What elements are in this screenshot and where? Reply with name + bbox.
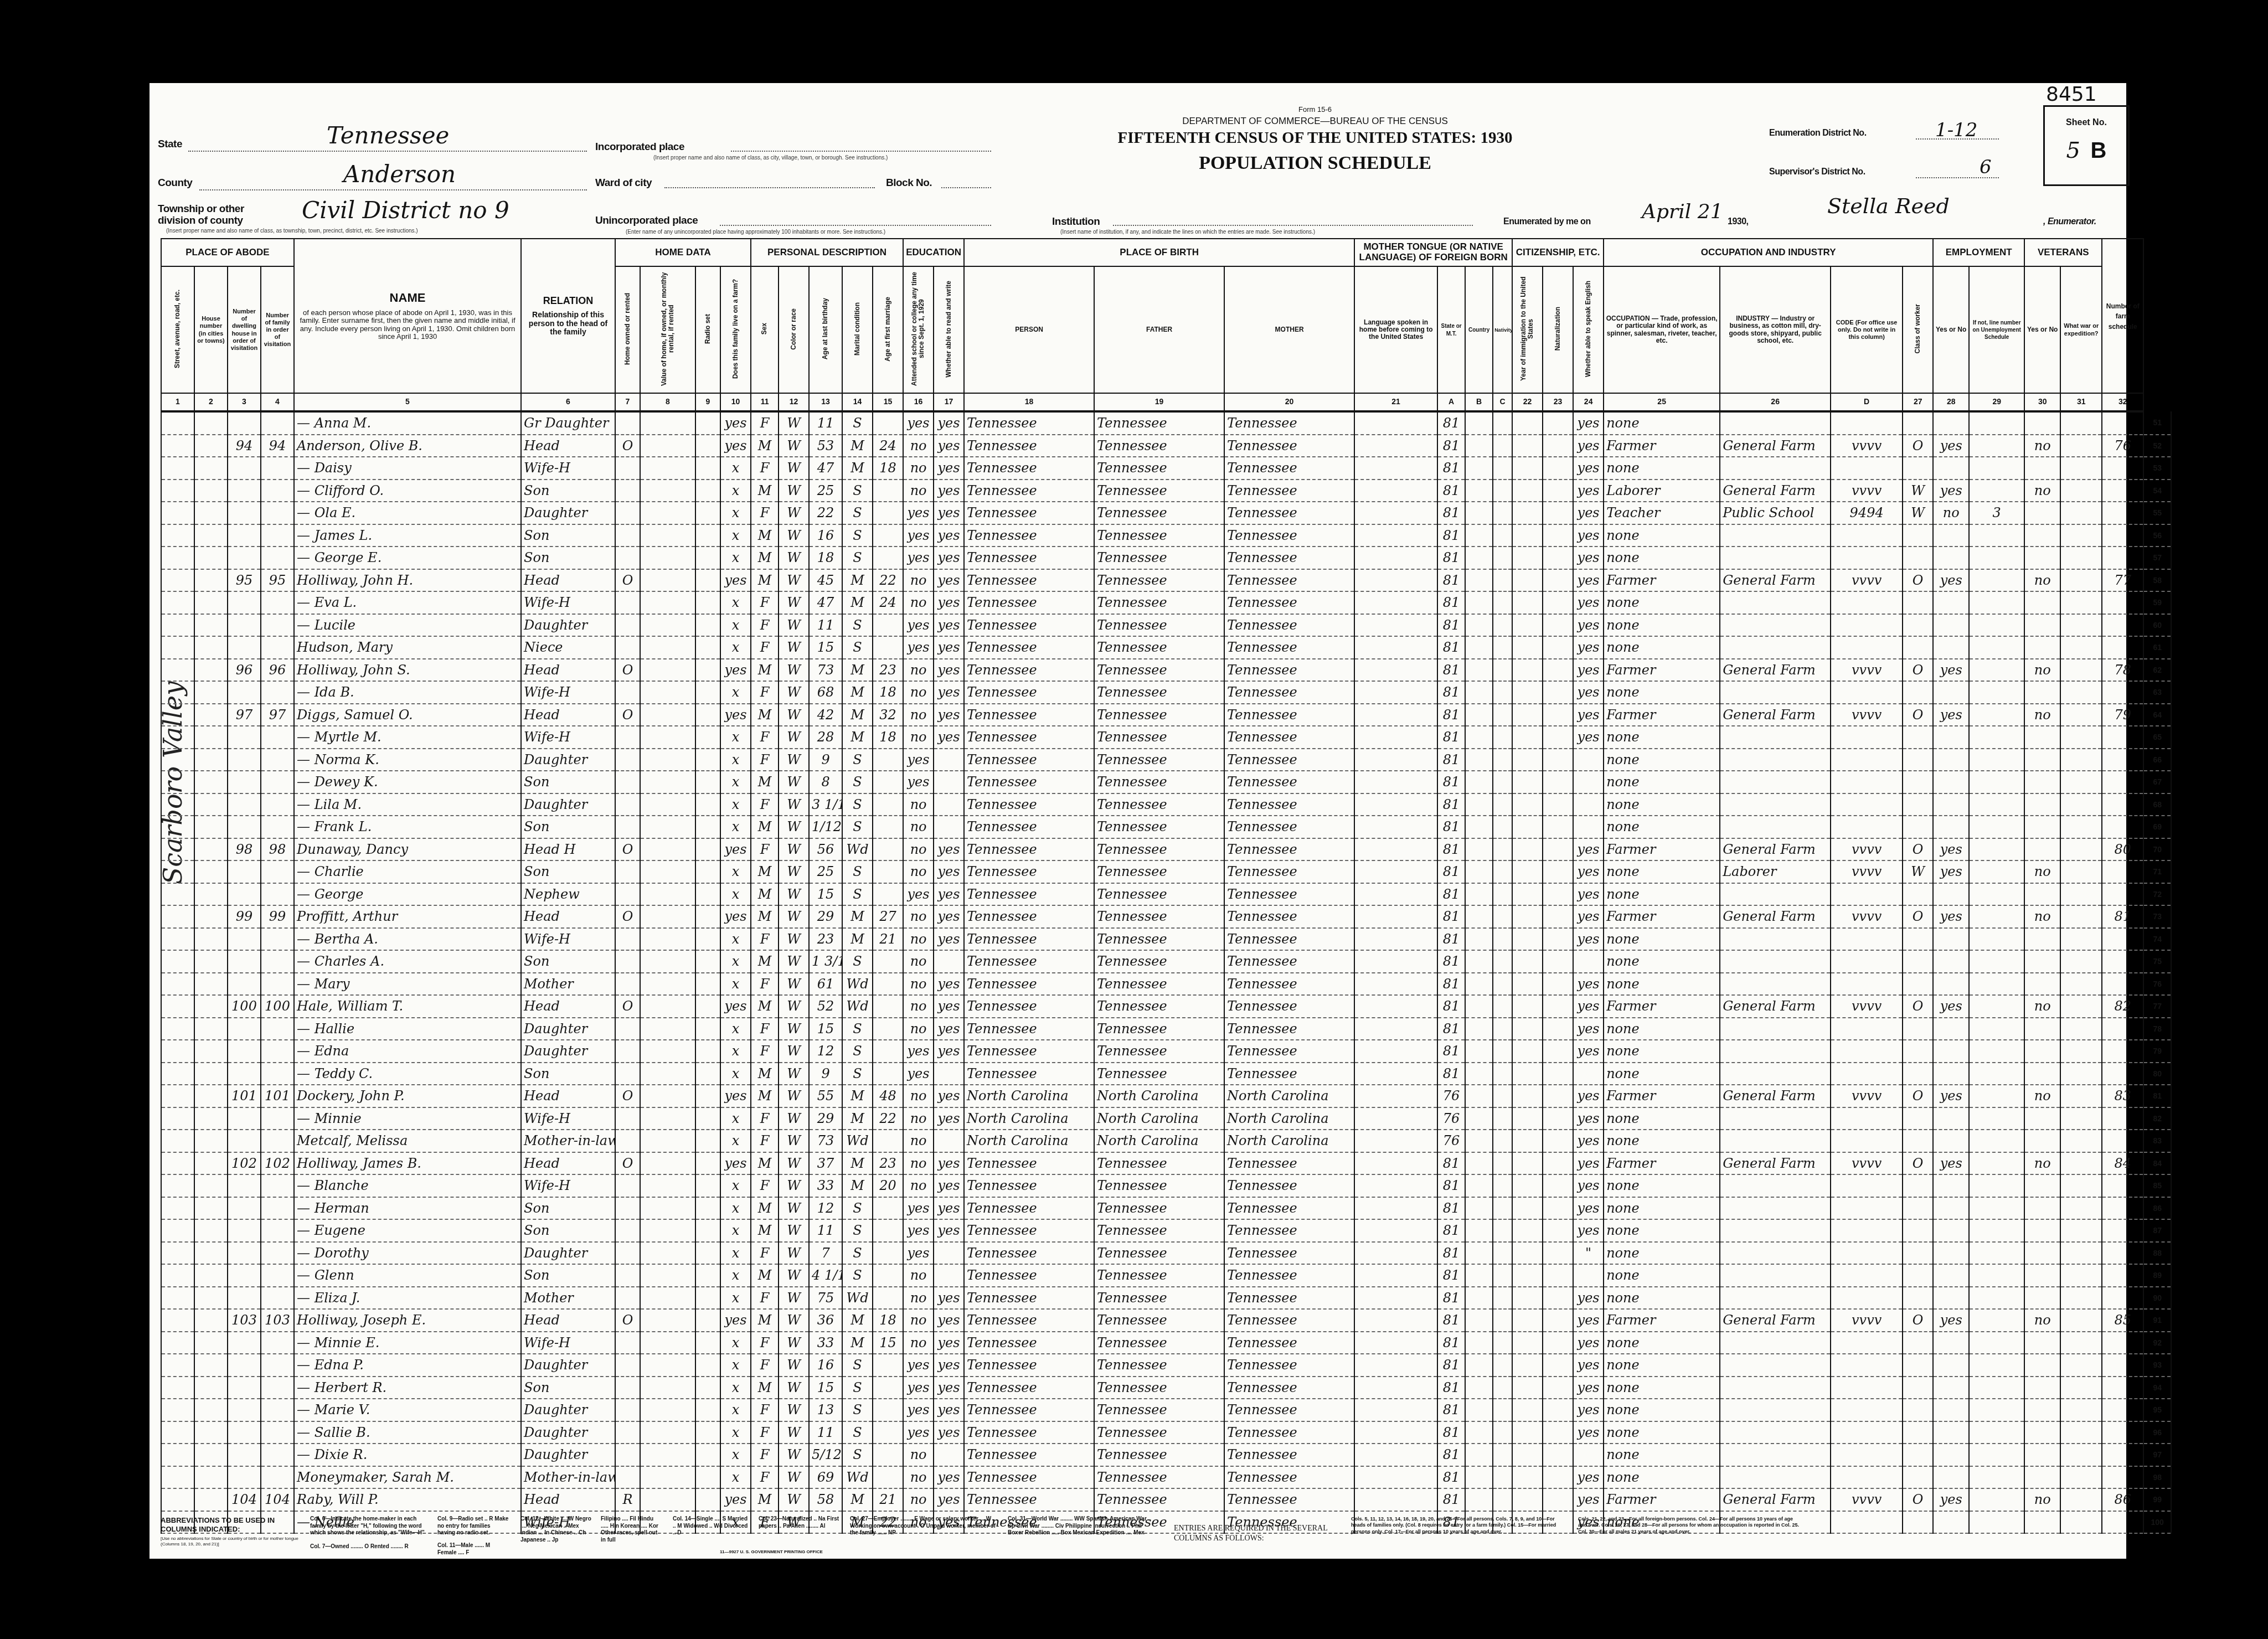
- cell-street: [161, 547, 194, 569]
- cell-relation: Daughter: [521, 1421, 615, 1444]
- cell-relation: Daughter: [521, 1018, 615, 1040]
- cell-street: [161, 1466, 194, 1489]
- table-row: 102102Holliway, James B.HeadOyesMW37M23n…: [161, 1152, 2171, 1175]
- cell-dwelling: [228, 1018, 261, 1040]
- cell-age: 12: [809, 1040, 842, 1063]
- cell-school: no: [903, 1174, 934, 1197]
- cell-house: [194, 569, 228, 592]
- cell-occupation: none: [1604, 614, 1720, 637]
- cell-naturalization: [1543, 636, 1573, 659]
- institution-line: [1113, 225, 1473, 226]
- incorporated-note: (Insert proper name and also name of cla…: [653, 155, 997, 161]
- cell-war: [2060, 1174, 2102, 1197]
- section-mother-tongue: MOTHER TONGUE (OR NATIVE LANGUAGE) OF FO…: [1354, 239, 1512, 266]
- cell-language: [1354, 411, 1437, 435]
- cell-pob-father: Tennessee: [1094, 1332, 1224, 1354]
- cell-family: [261, 1444, 294, 1466]
- cell-code-b: [1465, 1174, 1493, 1197]
- cell-class-worker: O: [1903, 435, 1933, 457]
- cell-radio: [695, 905, 720, 928]
- print-code: 11—9927 U. S. GOVERNMENT PRINTING OFFICE: [720, 1549, 941, 1555]
- cell-house: [194, 1018, 228, 1040]
- cell-code-c: [1493, 411, 1512, 435]
- cell-code-c: [1493, 1399, 1512, 1421]
- cell-farm-schedule: [2102, 1287, 2143, 1310]
- cell-owned: [615, 1242, 640, 1265]
- cell-race: W: [779, 411, 809, 435]
- cell-pob-mother: Tennessee: [1224, 524, 1354, 547]
- cell-unemployment: 3: [1969, 502, 2024, 524]
- cell-school: yes: [903, 1197, 934, 1220]
- cell-at-work: [1933, 1332, 1969, 1354]
- cell-veteran: [2024, 749, 2060, 771]
- cell-war: [2060, 726, 2102, 749]
- cell-read-write: yes: [934, 569, 964, 592]
- cell-age: 33: [809, 1174, 842, 1197]
- cell-value: [640, 838, 695, 861]
- cell-name: Holliway, John S.: [294, 659, 521, 682]
- cell-at-work: [1933, 1377, 1969, 1399]
- cell-at-work: [1933, 411, 1969, 435]
- cell-relation: Son: [521, 1219, 615, 1242]
- cell-immigration: [1512, 1488, 1543, 1511]
- table-row: — DaisyWife-HxFW47M18noyesTennesseeTenne…: [161, 457, 2171, 480]
- abbrev-col7: Col. 7—Owned ........ O Rented ........ …: [310, 1544, 426, 1551]
- cell-dwelling: [228, 1444, 261, 1466]
- cell-name: — Herman: [294, 1197, 521, 1220]
- cell-class-worker: [1903, 1466, 1933, 1489]
- header-school: Attended school or college any time sinc…: [903, 266, 934, 393]
- line-number: 64: [2143, 704, 2171, 726]
- cell-house: [194, 1242, 228, 1265]
- cell-veteran: [2024, 1063, 2060, 1085]
- cell-age-marriage: [873, 838, 903, 861]
- cell-street: [161, 793, 194, 816]
- cell-name: — Dewey K.: [294, 771, 521, 793]
- table-row: 101101Dockery, John P.HeadOyesMW55M48noy…: [161, 1085, 2171, 1107]
- cell-marital: M: [842, 591, 873, 614]
- cell-naturalization: [1543, 1130, 1573, 1152]
- cell-occupation: Teacher: [1604, 502, 1720, 524]
- cell-age-marriage: [873, 411, 903, 435]
- column-number: 21: [1354, 393, 1437, 411]
- line-number: 77: [2143, 995, 2171, 1018]
- cell-age-marriage: [873, 1354, 903, 1377]
- cell-owned: [615, 1063, 640, 1085]
- cell-owned: [615, 591, 640, 614]
- cell-at-work: yes: [1933, 1085, 1969, 1107]
- cell-occupation: none: [1604, 1018, 1720, 1040]
- cell-house: [194, 1377, 228, 1399]
- cell-radio: [695, 591, 720, 614]
- cell-english: yes: [1573, 435, 1604, 457]
- cell-class-worker: O: [1903, 905, 1933, 928]
- cell-pob-person: Tennessee: [964, 883, 1094, 906]
- cell-war: [2060, 950, 2102, 973]
- line-number: 56: [2143, 524, 2171, 547]
- cell-owned: O: [615, 995, 640, 1018]
- cell-code-a: 81: [1437, 883, 1465, 906]
- cell-read-write: yes: [934, 524, 964, 547]
- cell-sex: F: [751, 973, 779, 996]
- cell-race: W: [779, 1264, 809, 1287]
- cell-occupation: none: [1604, 726, 1720, 749]
- cell-code-c: [1493, 457, 1512, 480]
- cell-age-marriage: [873, 524, 903, 547]
- cell-code-b: [1465, 457, 1493, 480]
- cell-pob-father: Tennessee: [1094, 547, 1224, 569]
- cell-age-marriage: [873, 1264, 903, 1287]
- cell-pob-person: Tennessee: [964, 860, 1094, 883]
- cell-name: — Sallie B.: [294, 1421, 521, 1444]
- cell-read-write: yes: [934, 547, 964, 569]
- cell-pob-person: Tennessee: [964, 905, 1094, 928]
- cell-school: yes: [903, 1040, 934, 1063]
- line-number: 52: [2143, 435, 2171, 457]
- cell-radio: [695, 793, 720, 816]
- line-number: 62: [2143, 659, 2171, 682]
- cell-industry: [1720, 681, 1831, 704]
- cell-farm-schedule: 84: [2102, 1152, 2143, 1175]
- cell-code-b: [1465, 411, 1493, 435]
- cell-farm: x: [720, 1063, 751, 1085]
- line-number: 76: [2143, 973, 2171, 996]
- cell-race: W: [779, 1107, 809, 1130]
- cell-family: [261, 636, 294, 659]
- cell-farm: x: [720, 1040, 751, 1063]
- cell-name: Hudson, Mary: [294, 636, 521, 659]
- cell-unemployment: [1969, 905, 2024, 928]
- cell-sex: M: [751, 1063, 779, 1085]
- cell-pob-mother: North Carolina: [1224, 1085, 1354, 1107]
- cell-code-d: [1831, 1399, 1903, 1421]
- cell-veteran: no: [2024, 1085, 2060, 1107]
- cell-language: [1354, 681, 1437, 704]
- line-number: 80: [2143, 1063, 2171, 1085]
- cell-pob-mother: Tennessee: [1224, 659, 1354, 682]
- cell-read-write: yes: [934, 1107, 964, 1130]
- cell-pob-person: Tennessee: [964, 704, 1094, 726]
- cell-language: [1354, 524, 1437, 547]
- cell-value: [640, 1287, 695, 1310]
- cell-age: 53: [809, 435, 842, 457]
- cell-code-c: [1493, 1264, 1512, 1287]
- cell-farm-schedule: 78: [2102, 659, 2143, 682]
- cell-at-work: yes: [1933, 704, 1969, 726]
- cell-veteran: [2024, 883, 2060, 906]
- cell-read-write: yes: [934, 1466, 964, 1489]
- cell-relation: Head: [521, 1152, 615, 1175]
- cell-owned: [615, 524, 640, 547]
- cell-pob-father: Tennessee: [1094, 995, 1224, 1018]
- cell-english: yes: [1573, 1018, 1604, 1040]
- cell-occupation: none: [1604, 1264, 1720, 1287]
- cell-unemployment: [1969, 1018, 2024, 1040]
- cell-veteran: [2024, 1332, 2060, 1354]
- cell-naturalization: [1543, 681, 1573, 704]
- cell-code-d: [1831, 771, 1903, 793]
- cell-dwelling: [228, 1287, 261, 1310]
- cell-class-worker: [1903, 1444, 1933, 1466]
- cell-value: [640, 681, 695, 704]
- column-number: 24: [1573, 393, 1604, 411]
- cell-relation: Wife-H: [521, 1107, 615, 1130]
- cell-english: yes: [1573, 457, 1604, 480]
- cell-house: [194, 995, 228, 1018]
- cell-code-c: [1493, 435, 1512, 457]
- cell-race: W: [779, 457, 809, 480]
- cell-naturalization: [1543, 973, 1573, 996]
- cell-sex: M: [751, 569, 779, 592]
- cell-sex: F: [751, 1130, 779, 1152]
- cell-age: 1/12: [809, 816, 842, 838]
- cell-at-work: yes: [1933, 860, 1969, 883]
- cell-unemployment: [1969, 1309, 2024, 1332]
- cell-at-work: [1933, 1018, 1969, 1040]
- cell-school: yes: [903, 1219, 934, 1242]
- cell-unemployment: [1969, 1488, 2024, 1511]
- cell-age: 56: [809, 838, 842, 861]
- line-number: 83: [2143, 1130, 2171, 1152]
- cell-code-c: [1493, 1174, 1512, 1197]
- line-number: 69: [2143, 816, 2171, 838]
- cell-class-worker: [1903, 411, 1933, 435]
- cell-pob-mother: Tennessee: [1224, 1354, 1354, 1377]
- cell-farm: yes: [720, 704, 751, 726]
- cell-street: [161, 1040, 194, 1063]
- cell-pob-mother: Tennessee: [1224, 793, 1354, 816]
- cell-english: yes: [1573, 681, 1604, 704]
- table-row: — Minnie E.Wife-HxFW33M15noyesTennesseeT…: [161, 1332, 2171, 1354]
- cell-dwelling: [228, 1174, 261, 1197]
- cell-pob-person: Tennessee: [964, 524, 1094, 547]
- line-number: 51: [2143, 411, 2171, 435]
- cell-street: [161, 411, 194, 435]
- census-title: FIFTEENTH CENSUS OF THE UNITED STATES: 1…: [1080, 129, 1550, 147]
- cell-name: — Ida B.: [294, 681, 521, 704]
- cell-code-a: 81: [1437, 704, 1465, 726]
- table-row: — Clifford O.SonxMW25SnoyesTennesseeTenn…: [161, 480, 2171, 502]
- cell-occupation: Laborer: [1604, 480, 1720, 502]
- cell-relation: Daughter: [521, 502, 615, 524]
- cell-code-d: [1831, 1219, 1903, 1242]
- column-number: 32: [2102, 393, 2143, 411]
- column-number: 9: [695, 393, 720, 411]
- cell-sex: M: [751, 883, 779, 906]
- cell-code-b: [1465, 1197, 1493, 1220]
- cell-class-worker: [1903, 771, 1933, 793]
- cell-owned: [615, 1421, 640, 1444]
- cell-house: [194, 636, 228, 659]
- cell-english: yes: [1573, 1085, 1604, 1107]
- cell-war: [2060, 1354, 2102, 1377]
- cell-marital: S: [842, 860, 873, 883]
- cell-owned: [615, 1040, 640, 1063]
- cell-value: [640, 860, 695, 883]
- cell-radio: [695, 524, 720, 547]
- cell-name: — Marie V.: [294, 1399, 521, 1421]
- cell-value: [640, 1063, 695, 1085]
- abbrev-col6: Col. 6—Indicate the home-maker in each f…: [310, 1516, 426, 1537]
- cell-at-work: [1933, 1219, 1969, 1242]
- cell-family: [261, 681, 294, 704]
- cell-at-work: [1933, 1040, 1969, 1063]
- cell-race: W: [779, 1174, 809, 1197]
- column-number: 18: [964, 393, 1094, 411]
- cell-code-a: 81: [1437, 1466, 1465, 1489]
- cell-family: [261, 883, 294, 906]
- cell-industry: [1720, 547, 1831, 569]
- cell-code-a: 81: [1437, 614, 1465, 637]
- cell-radio: [695, 860, 720, 883]
- cell-read-write: yes: [934, 860, 964, 883]
- cell-street: [161, 457, 194, 480]
- form-number: Form 15-6: [1080, 105, 1550, 114]
- cell-race: W: [779, 1063, 809, 1085]
- cell-pob-person: Tennessee: [964, 1377, 1094, 1399]
- cell-industry: Public School: [1720, 502, 1831, 524]
- cell-immigration: [1512, 995, 1543, 1018]
- cell-pob-father: Tennessee: [1094, 1354, 1224, 1377]
- cell-age: 25: [809, 860, 842, 883]
- cell-class-worker: [1903, 749, 1933, 771]
- cell-code-b: [1465, 1152, 1493, 1175]
- cell-naturalization: [1543, 1152, 1573, 1175]
- cell-race: W: [779, 1332, 809, 1354]
- cell-english: yes: [1573, 1421, 1604, 1444]
- cell-age-marriage: 21: [873, 928, 903, 951]
- cell-farm-schedule: [2102, 457, 2143, 480]
- cell-unemployment: [1969, 749, 2024, 771]
- cell-at-work: [1933, 973, 1969, 996]
- line-number: 59: [2143, 591, 2171, 614]
- cell-relation: Daughter: [521, 1040, 615, 1063]
- cell-age: 69: [809, 1466, 842, 1489]
- table-row: — Ola E.DaughterxFW22SyesyesTennesseeTen…: [161, 502, 2171, 524]
- cell-family: [261, 726, 294, 749]
- cell-code-c: [1493, 1332, 1512, 1354]
- cell-farm: yes: [720, 905, 751, 928]
- cell-immigration: [1512, 524, 1543, 547]
- header-dwelling: Number of dwelling house in order of vis…: [228, 266, 261, 393]
- cell-unemployment: [1969, 1444, 2024, 1466]
- cell-naturalization: [1543, 1242, 1573, 1265]
- cell-at-work: [1933, 793, 1969, 816]
- enumerated-year: 1930,: [1728, 217, 1749, 227]
- cell-class-worker: O: [1903, 1085, 1933, 1107]
- table-row: — BlancheWife-HxFW33M20noyesTennesseeTen…: [161, 1174, 2171, 1197]
- cell-farm: x: [720, 860, 751, 883]
- cell-code-d: vvvv: [1831, 1152, 1903, 1175]
- cell-pob-person: Tennessee: [964, 1242, 1094, 1265]
- cell-school: no: [903, 1152, 934, 1175]
- cell-naturalization: [1543, 1063, 1573, 1085]
- cell-farm-schedule: 86: [2102, 1488, 2143, 1511]
- cell-age-marriage: [873, 480, 903, 502]
- cell-marital: S: [842, 1242, 873, 1265]
- cell-radio: [695, 1399, 720, 1421]
- cell-farm-schedule: 82: [2102, 995, 2143, 1018]
- cell-owned: [615, 1018, 640, 1040]
- cell-code-c: [1493, 614, 1512, 637]
- cell-street: [161, 636, 194, 659]
- cell-war: [2060, 1130, 2102, 1152]
- cell-code-c: [1493, 771, 1512, 793]
- cell-code-d: [1831, 636, 1903, 659]
- cell-street: [161, 704, 194, 726]
- cell-veteran: no: [2024, 905, 2060, 928]
- cell-farm-schedule: [2102, 524, 2143, 547]
- cell-pob-person: Tennessee: [964, 659, 1094, 682]
- cell-code-b: [1465, 435, 1493, 457]
- cell-age-marriage: 27: [873, 905, 903, 928]
- cell-war: [2060, 838, 2102, 861]
- cell-owned: [615, 1377, 640, 1399]
- cell-naturalization: [1543, 1421, 1573, 1444]
- cell-pob-person: Tennessee: [964, 1287, 1094, 1310]
- cell-occupation: none: [1604, 950, 1720, 973]
- table-row: — Eliza J.MotherxFW75WdnoyesTennesseeTen…: [161, 1287, 2171, 1310]
- cell-school: no: [903, 995, 934, 1018]
- header-immigration: Year of immigration to the United States: [1512, 266, 1543, 393]
- cell-race: W: [779, 905, 809, 928]
- cell-owned: [615, 749, 640, 771]
- cell-farm-schedule: [2102, 1219, 2143, 1242]
- cell-pob-mother: Tennessee: [1224, 860, 1354, 883]
- cell-age-marriage: [873, 749, 903, 771]
- cell-code-c: [1493, 547, 1512, 569]
- line-number: 84: [2143, 1152, 2171, 1175]
- cell-language: [1354, 614, 1437, 637]
- header-farm: Does this family live on a farm?: [720, 266, 751, 393]
- cell-house: [194, 1332, 228, 1354]
- cell-farm: x: [720, 793, 751, 816]
- cell-code-c: [1493, 1242, 1512, 1265]
- cell-house: [194, 1264, 228, 1287]
- cell-at-work: [1933, 1063, 1969, 1085]
- cell-war: [2060, 502, 2102, 524]
- cell-naturalization: [1543, 1040, 1573, 1063]
- cell-veteran: [2024, 1444, 2060, 1466]
- column-number-row: 123456789101112131415161718192021ABC2223…: [161, 393, 2171, 411]
- cell-immigration: [1512, 1018, 1543, 1040]
- line-number: 72: [2143, 883, 2171, 906]
- cell-pob-father: Tennessee: [1094, 928, 1224, 951]
- cell-at-work: [1933, 591, 1969, 614]
- cell-pob-mother: Tennessee: [1224, 1421, 1354, 1444]
- cell-sex: M: [751, 1377, 779, 1399]
- cell-pob-mother: Tennessee: [1224, 681, 1354, 704]
- cell-farm-schedule: 76: [2102, 435, 2143, 457]
- cell-code-d: [1831, 547, 1903, 569]
- cell-pob-person: North Carolina: [964, 1085, 1094, 1107]
- cell-sex: F: [751, 457, 779, 480]
- cell-english: yes: [1573, 928, 1604, 951]
- cell-code-a: 81: [1437, 457, 1465, 480]
- cell-name: Holliway, John H.: [294, 569, 521, 592]
- cell-code-c: [1493, 1421, 1512, 1444]
- cell-age-marriage: 15: [873, 1332, 903, 1354]
- cell-code-b: [1465, 928, 1493, 951]
- column-number: 25: [1604, 393, 1720, 411]
- table-row: — HermanSonxMW12SyesyesTennesseeTennesse…: [161, 1197, 2171, 1220]
- cell-school: no: [903, 1287, 934, 1310]
- cell-school: no: [903, 1130, 934, 1152]
- cell-dwelling: 101: [228, 1085, 261, 1107]
- cell-immigration: [1512, 749, 1543, 771]
- cell-at-work: [1933, 1421, 1969, 1444]
- cell-english: yes: [1573, 547, 1604, 569]
